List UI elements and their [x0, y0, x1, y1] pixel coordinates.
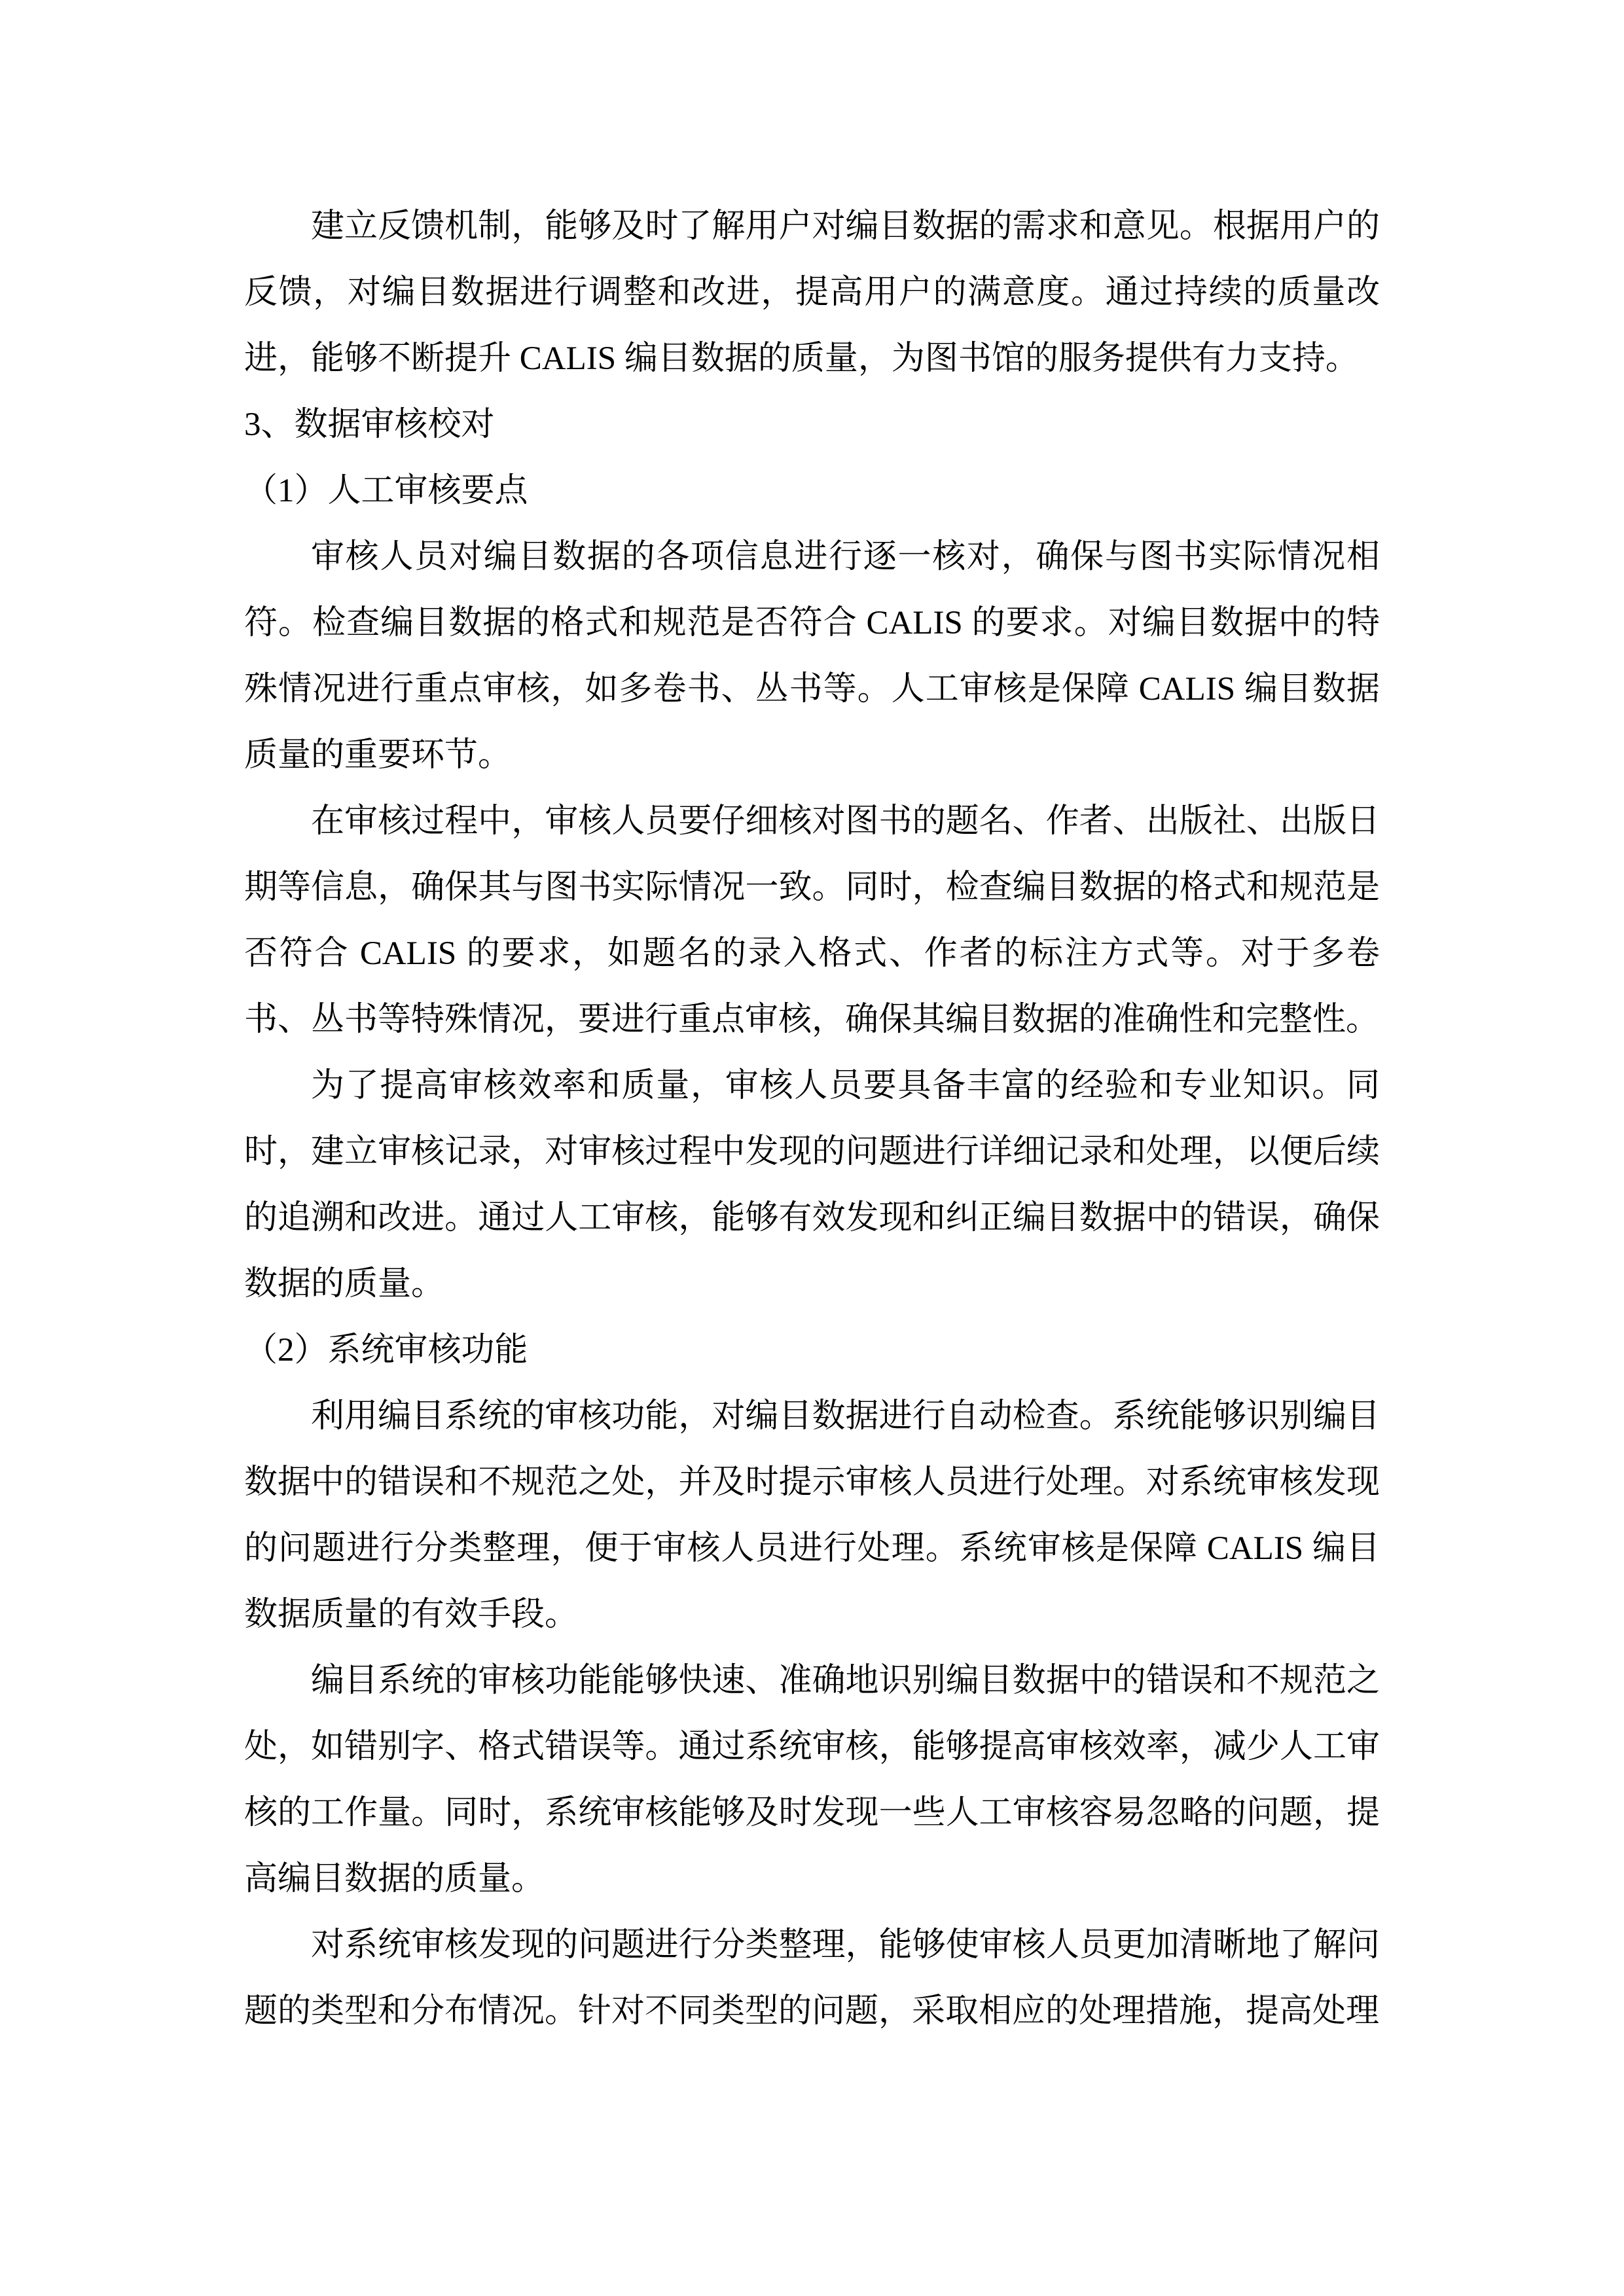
document-page: 建立反馈机制，能够及时了解用户对编目数据的需求和意见。根据用户的反馈，对编目数据…: [0, 0, 1624, 2296]
paragraph: 编目系统的审核功能能够快速、准确地识别编目数据中的错误和不规范之处，如错别字、格…: [244, 1648, 1380, 1912]
paragraph: 审核人员对编目数据的各项信息进行逐一核对，确保与图书实际情况相符。检查编目数据的…: [244, 524, 1380, 789]
section-heading: 3、数据审核校对: [244, 392, 1380, 458]
paragraph: 建立反馈机制，能够及时了解用户对编目数据的需求和意见。根据用户的反馈，对编目数据…: [244, 194, 1380, 392]
paragraph: 为了提高审核效率和质量，审核人员要具备丰富的经验和专业知识。同时，建立审核记录，…: [244, 1053, 1380, 1318]
document-body: 建立反馈机制，能够及时了解用户对编目数据的需求和意见。根据用户的反馈，对编目数据…: [244, 194, 1380, 2045]
paragraph: 对系统审核发现的问题进行分类整理，能够使审核人员更加清晰地了解问题的类型和分布情…: [244, 1912, 1380, 2045]
paragraph: 在审核过程中，审核人员要仔细核对图书的题名、作者、出版社、出版日期等信息，确保其…: [244, 789, 1380, 1053]
section-heading: （1）人工审核要点: [244, 458, 1380, 524]
paragraph: 利用编目系统的审核功能，对编目数据进行自动检查。系统能够识别编目数据中的错误和不…: [244, 1384, 1380, 1648]
section-heading: （2）系统审核功能: [244, 1318, 1380, 1384]
